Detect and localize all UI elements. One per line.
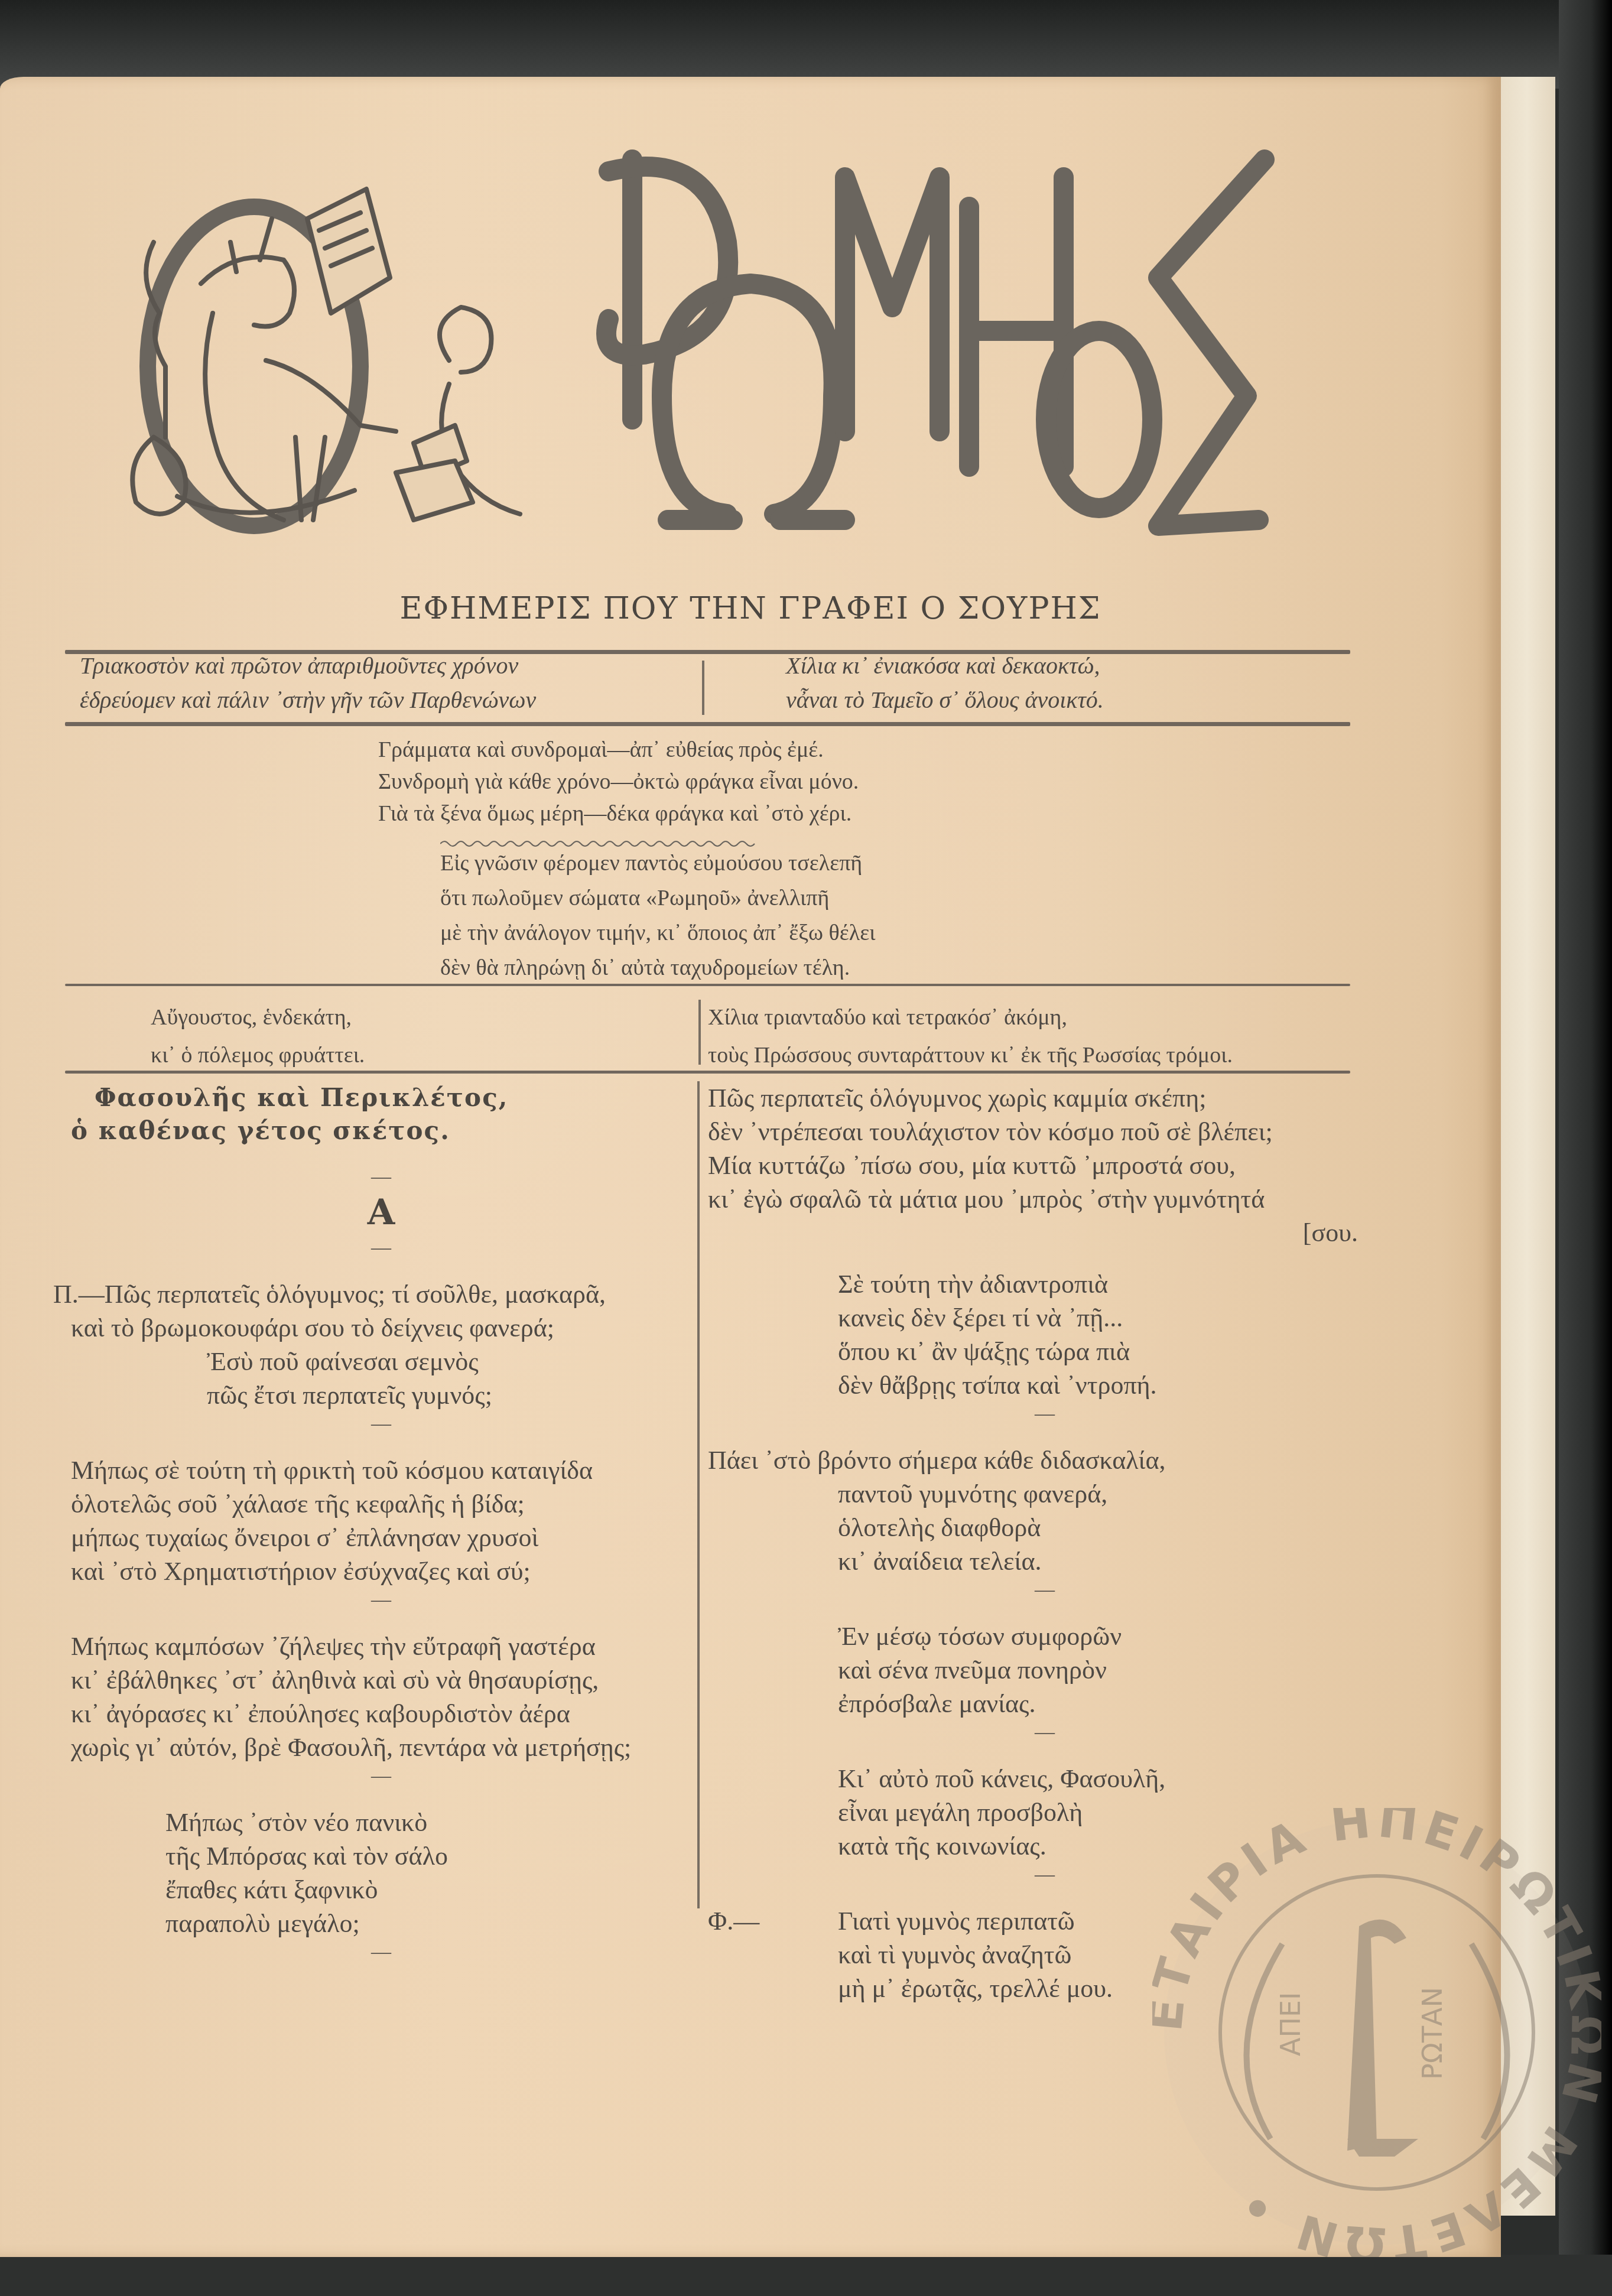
verse-line: χωρὶς γι᾿ αὐτόν, βρὲ Φασουλῆ, πεντάρα νὰ… bbox=[71, 1731, 691, 1764]
verse-line: δὲν θἄβρῃς τσίπα καὶ ᾿ντροπή. bbox=[708, 1368, 1382, 1402]
poem-title-line-2: ὁ καθένας γέτος σκέτος. bbox=[71, 1114, 691, 1147]
header-right-verse: Χίλια κι᾿ ἐνιακόσα καὶ δεκαοκτώ, νἆναι τ… bbox=[786, 649, 1377, 717]
book-binding-bottom bbox=[0, 2255, 1612, 2296]
subscription-line-2: Συνδρομὴ γιὰ κάθε χρόνο—ὀκτὼ φράγκα εἶνα… bbox=[378, 766, 859, 798]
header-right-line-2: νἆναι τὸ Ταμεῖο σ᾿ ὅλους ἀνοικτό. bbox=[786, 683, 1377, 717]
verse-text: Γιατὶ γυμνὸς περιπατῶ bbox=[838, 1907, 1075, 1936]
verse-line: κι᾿ ἐγὼ σφαλῶ τὰ μάτια μου ᾿μπρὸς ᾿στὴν … bbox=[708, 1182, 1382, 1216]
verse-line: ὁλοτελῶς σοῦ ᾿χάλασε τῆς κεφαλῆς ἡ βίδα; bbox=[71, 1487, 691, 1521]
divider-dash: — bbox=[71, 1764, 691, 1788]
dateline-left-line-2: κι᾿ ὁ πόλεμος φρυάττει. bbox=[151, 1036, 365, 1074]
header-left-verse: Τριακοστὸν καὶ πρῶτον ἀπαριθμοῦντες χρόν… bbox=[80, 649, 682, 717]
sales-notice: Εἰς γνῶσιν φέρομεν παντὸς εὐμούσου τσελε… bbox=[440, 846, 875, 986]
svg-text:ΡΩΤΑΝ: ΡΩΤΑΝ bbox=[1416, 1987, 1448, 2080]
library-stamp-icon: ΕΤΑΙΡΙΑ ΗΠΕΙΡΩΤΙΚΩΝ ΜΕΛΕΤΩΝ • ΑΠΕΙ ΡΩΤΑΝ bbox=[1152, 1808, 1601, 2257]
header-bottom-rule bbox=[65, 722, 1350, 726]
verse-line: Μήπως ᾿στὸν νέο πανικὸ bbox=[71, 1806, 691, 1839]
section-marker: Α bbox=[71, 1189, 691, 1236]
subscription-info: Γράμματα καὶ συνδρομαὶ—ἀπ᾿ εὐθείας πρὸς … bbox=[378, 734, 859, 830]
dateline-right-line-2: τοὺς Πρώσσους συνταράττουν κι᾿ ἐκ τῆς Ρω… bbox=[708, 1036, 1233, 1074]
verse-line: Μία κυττάζω ᾿πίσω σου, μία κυττῶ ᾿μπροστ… bbox=[708, 1149, 1382, 1182]
verse-line-overflow: [σου. bbox=[708, 1216, 1382, 1250]
dateline-right: Χίλια τριανταδύο καὶ τετρακόσ᾿ ἀκόμη, το… bbox=[708, 999, 1233, 1074]
verse-line: δὲν ᾿ντρέπεσαι τουλάχιστον τὸν κόσμο ποῦ… bbox=[708, 1115, 1382, 1149]
dateline-bottom-rule bbox=[65, 1071, 1350, 1074]
speaker-label: Φ.— bbox=[708, 1904, 838, 1938]
verse-line: Σὲ τούτη τὴν ἀδιαντροπιὰ bbox=[708, 1267, 1382, 1301]
verse-line: κι᾿ ἀναίδεια τελεία. bbox=[708, 1544, 1382, 1578]
dateline-right-line-1: Χίλια τριανταδύο καὶ τετρακόσ᾿ ἀκόμη, bbox=[708, 999, 1233, 1036]
verse-line: Μήπως καμπόσων ᾿ζήλεψες τὴν εὔτραφῆ γαστ… bbox=[71, 1630, 691, 1663]
verse-line: Κι᾿ αὐτὸ ποῦ κάνεις, Φασουλῆ, bbox=[708, 1762, 1382, 1796]
verse-line: καὶ τὸ βρωμοκουφάρι σου τὸ δείχνεις φανε… bbox=[71, 1311, 691, 1345]
divider-dash: — bbox=[71, 1165, 691, 1189]
masthead-subtitle: ΕΦΗΜΕΡΙΣ ΠΟΥ ΤΗΝ ΓΡΑΦΕΙ Ο ΣΟΥΡΗΣ bbox=[0, 591, 1501, 626]
divider-dash: — bbox=[71, 1940, 691, 1964]
verse-line: παραπολὺ μεγάλο; bbox=[71, 1907, 691, 1940]
divider-dash: — bbox=[708, 1578, 1382, 1602]
header-right-line-1: Χίλια κι᾿ ἐνιακόσα καὶ δεκαοκτώ, bbox=[786, 649, 1377, 683]
book-binding-top bbox=[0, 0, 1612, 89]
notice-line-1: Εἰς γνῶσιν φέρομεν παντὸς εὐμούσου τσελε… bbox=[440, 846, 875, 881]
subscription-line-1: Γράμματα καὶ συνδρομαὶ—ἀπ᾿ εὐθείας πρὸς … bbox=[378, 734, 859, 766]
header-column-divider bbox=[702, 661, 704, 715]
masthead bbox=[118, 136, 1359, 561]
poem-title-line-1: Φασουλῆς καὶ Περικλέτος, bbox=[95, 1081, 691, 1114]
dateline-left: Αὔγουστος, ἑνδεκάτη, κι᾿ ὁ πόλεμος φρυάτ… bbox=[151, 999, 365, 1074]
dateline-left-line-1: Αὔγουστος, ἑνδεκάτη, bbox=[151, 999, 365, 1036]
verse-line: Ἐσὺ ποῦ φαίνεσαι σεμνὸς bbox=[71, 1345, 691, 1378]
verse-line: Πάει ᾿στὸ βρόντο σήμερα κάθε διδασκαλία, bbox=[708, 1443, 1382, 1477]
masthead-title-lettering bbox=[544, 136, 1347, 561]
poem-left-column: Φασουλῆς καὶ Περικλέτος, ὁ καθένας γέτος… bbox=[71, 1081, 691, 1964]
verse-line: παντοῦ γυμνότης φανερά, bbox=[708, 1477, 1382, 1511]
verse-line: Μήπως σὲ τούτη τὴ φρικτὴ τοῦ κόσμου κατα… bbox=[71, 1453, 691, 1487]
verse-line: Πῶς περπατεῖς ὁλόγυμνος χωρὶς καμμία σκέ… bbox=[708, 1081, 1382, 1115]
masthead-illustration-icon bbox=[118, 165, 544, 544]
verse-line: ἔπαθες κάτι ξαφνικὸ bbox=[71, 1873, 691, 1907]
notice-line-2: ὅτι πωλοῦμεν σώματα «Ρωμηοῦ» ἀνελλιπῆ bbox=[440, 881, 875, 916]
verse-line: Ἐν μέσῳ τόσων συμφορῶν bbox=[708, 1619, 1382, 1653]
notice-line-4: δὲν θὰ πληρώνῃ δι᾿ αὐτὰ ταχυδρομείων τέλ… bbox=[440, 951, 875, 986]
divider-dash: — bbox=[71, 1588, 691, 1612]
verse-line: κανεὶς δὲν ξέρει τί νὰ ᾿πῇ... bbox=[708, 1301, 1382, 1335]
verse-line: ὅπου κι᾿ ἂν ψάξῃς τώρα πιὰ bbox=[708, 1335, 1382, 1368]
verse-line: καὶ σένα πνεῦμα πονηρὸν bbox=[708, 1653, 1382, 1687]
divider-dash: — bbox=[708, 1721, 1382, 1744]
header-left-line-1: Τριακοστὸν καὶ πρῶτον ἀπαριθμοῦντες χρόν… bbox=[80, 649, 682, 683]
notice-line-3: μὲ τὴν ἀνάλογον τιμήν, κι᾿ ὅποιος ἀπ᾿ ἔξ… bbox=[440, 916, 875, 951]
dateline-column-divider bbox=[698, 1000, 701, 1065]
dateline-top-rule bbox=[65, 984, 1350, 986]
verse-line: ἐπρόσβαλε μανίας. bbox=[708, 1687, 1382, 1721]
divider-dash: — bbox=[71, 1412, 691, 1436]
header-left-line-2: ἑδρεύομεν καὶ πάλιν ᾿στὴν γῆν τῶν Παρθεν… bbox=[80, 683, 682, 717]
verse-line: πῶς ἔτσι περπατεῖς γυμνός; bbox=[71, 1378, 691, 1412]
verse-line: τῆς Μπόρσας καὶ τὸν σάλο bbox=[71, 1839, 691, 1873]
poem-column-divider bbox=[697, 1081, 700, 1908]
verse-line: καὶ ᾿στὸ Χρηματιστήριον ἐσύχναζες καὶ σύ… bbox=[71, 1554, 691, 1588]
verse-line: μήπως τυχαίως ὄνειροι σ᾿ ἐπλάνησαν χρυσο… bbox=[71, 1521, 691, 1554]
verse-line: κι᾿ ἀγόρασες κι᾿ ἐπούλησες καβουρδιστὸν … bbox=[71, 1697, 691, 1731]
verse-line: Π.—Πῶς περπατεῖς ὁλόγυμνος; τί σοῦλθε, μ… bbox=[53, 1277, 691, 1311]
svg-text:ΑΠΕΙ: ΑΠΕΙ bbox=[1275, 1992, 1306, 2056]
divider-dash: — bbox=[71, 1236, 691, 1260]
verse-line: ὁλοτελὴς διαφθορὰ bbox=[708, 1511, 1382, 1544]
subscription-line-3: Γιὰ τὰ ξένα ὅμως μέρη—δέκα φράγκα καὶ ᾿σ… bbox=[378, 798, 859, 830]
divider-dash: — bbox=[708, 1402, 1382, 1426]
verse-line: κι᾿ ἐβάλθηκες ᾿στ᾿ ἀληθινὰ καὶ σὺ νὰ θησ… bbox=[71, 1663, 691, 1697]
